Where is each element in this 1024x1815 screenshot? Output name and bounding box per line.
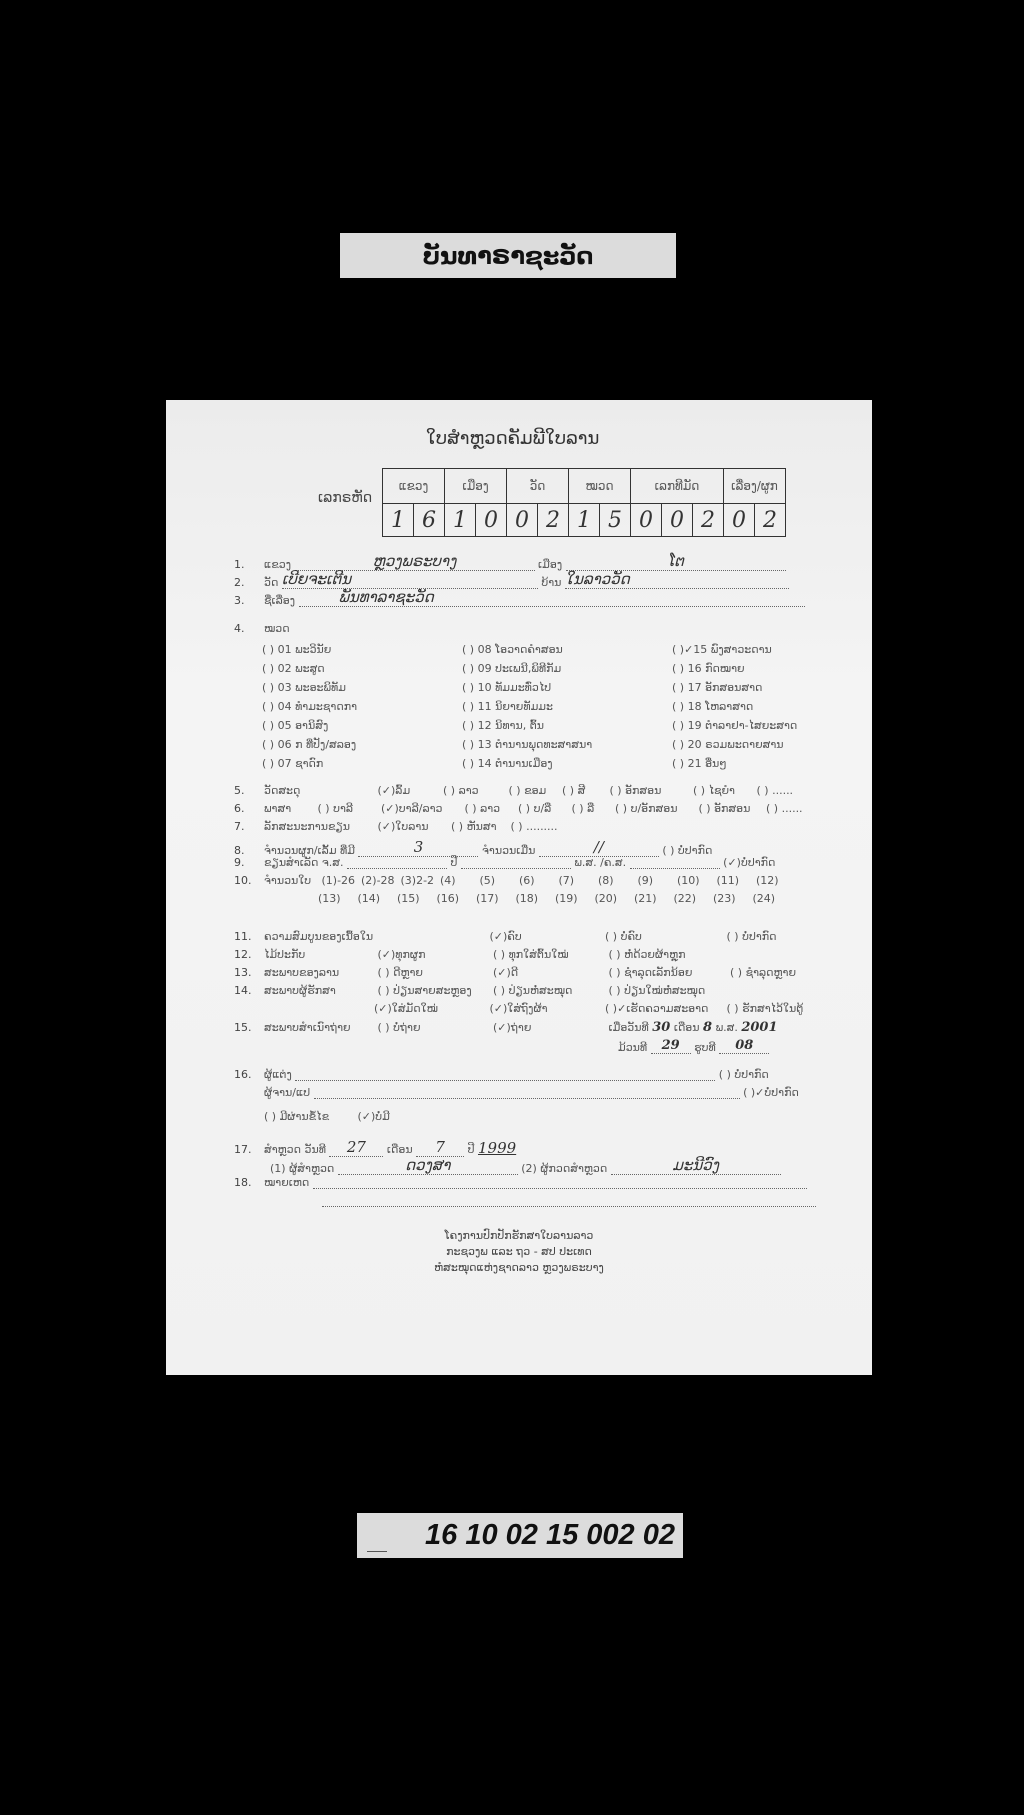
title-value: ພັນທາລາຊະວັດ — [299, 588, 805, 607]
script-option[interactable]: ( ) ສີ — [562, 784, 606, 797]
not-stated-option-checked[interactable]: (✓)ບໍ່ປາກົດ — [723, 856, 775, 869]
survey-year: 1999 — [478, 1139, 516, 1157]
code-col-bundle: ເລກທີມັດ — [631, 469, 724, 504]
field-6-language: 6.ພາສາ ( ) ບາລີ (✓)ບາລີ/ລາວ ( ) ລາວ ( ) … — [234, 802, 803, 815]
category-option[interactable]: ( ) 03 ພະອະພິທັມ — [262, 678, 357, 697]
material-option[interactable]: ( ) ......... — [511, 820, 558, 833]
completeness-option[interactable]: ( ) ບໍ່ຄົບ — [605, 930, 723, 943]
field-17-surveyors: (1) ຜູ້ສຳຫຼວດ ດວງສາ (2) ຜູ້ກວດສຳຫຼວດ ມະນ… — [270, 1156, 781, 1175]
code-digit: 2 — [538, 504, 569, 537]
field-13-condition: 13.ສະພາບຂອງລານ ( ) ດີຫຼາຍ (✓)ດີ ( ) ຊຳລຸ… — [234, 966, 796, 979]
category-option[interactable]: ( ) 06 ກ ທີ່ປັງ/ສລອງ — [262, 735, 357, 754]
condition-option[interactable]: ( ) ດີຫຼາຍ — [378, 966, 490, 979]
code-digit: 0 — [662, 504, 693, 537]
manuscript-code-label: 16 10 02 15 002 02 — [357, 1513, 683, 1558]
field-14-preservation: 14.ສະພາບຜູ້ຮັກສາ ( ) ປ່ຽນສາຍສະຫຼອງ ( ) ປ… — [234, 984, 705, 997]
survey-month: 7 — [435, 1138, 445, 1156]
code-label: ເລກຣຫັດ — [318, 490, 372, 506]
fascicle-count-value: 3 — [414, 838, 424, 856]
preservation-option[interactable]: ( ) ປ່ຽນໃໝ່ຫໍ່ສະໝຸດ — [609, 984, 706, 997]
scribe-not-stated-option[interactable]: ( )✓ບໍ່ປາກົດ — [743, 1086, 799, 1099]
microfilm-option[interactable]: ( ) ບໍ່ຖ່າຍ — [378, 1021, 490, 1034]
code-col-temple: ວັດ — [507, 469, 569, 504]
preservation-option[interactable]: (✓)ໃສ່ຖົງຜ້າ — [490, 1002, 602, 1015]
field-8-count: 8.ຈຳນວນຜູກ/ເລັ້ມ ທີ່ມີ 3 ຈຳນວນເມື່ນ // (… — [234, 838, 712, 857]
language-option[interactable]: ( ) ບ/ອັກສອນ — [615, 802, 695, 815]
language-option[interactable]: ( ) ...... — [766, 802, 803, 815]
survey-day: 27 — [347, 1138, 366, 1156]
frame-number: 08 — [735, 1038, 753, 1053]
leaf-count-value: // — [594, 838, 604, 856]
category-option[interactable]: ( ) 17 ອັກສອນສາດ — [672, 678, 797, 697]
category-option[interactable]: ( ) 20 ຣວມພະດາຍສານ — [672, 735, 797, 754]
category-option[interactable]: ( ) 12 ນິທານ, ຕົ້ນ — [462, 716, 592, 735]
completeness-option[interactable]: ( ) ບໍ່ປາກົດ — [727, 930, 777, 943]
author-not-stated-option[interactable]: ( ) ບໍ່ປາກົດ — [719, 1068, 769, 1081]
header-label: ບັນທາຣາຊະວັດ — [340, 233, 676, 278]
script-option[interactable]: (✓)ລົ້ມ — [378, 784, 440, 797]
preservation-option[interactable]: ( ) ປ່ຽນຫໍ່ສະໝຸດ — [493, 984, 605, 997]
code-digit: 1 — [383, 504, 414, 537]
script-option[interactable]: ( ) ລາວ — [443, 784, 505, 797]
field-3-title: 3.ຊື່ເລື່ອງ ພັນທາລາຊະວັດ — [234, 588, 805, 607]
field-14-preservation-row2: (✓)ໃສ່ມັດໃໝ່ (✓)ໃສ່ຖົງຜ້າ ( )✓ເຮັດຄວາມສະ… — [374, 1002, 803, 1015]
category-option[interactable]: ( ) 08 ໂອວາດຄຳສອນ — [462, 640, 592, 659]
preservation-option[interactable]: ( ) ປ່ຽນສາຍສະຫຼອງ — [378, 984, 490, 997]
code-col-category: ໝວດ — [569, 469, 631, 504]
category-option[interactable]: ( ) 01 ພະວິນັຍ — [262, 640, 357, 659]
field-17-survey-date: 17.ສຳຫຼວດ ວັນທີ 27 ເດືອນ 7 ປີ 1999 — [234, 1138, 516, 1157]
microfilm-month: 8 — [703, 1020, 712, 1035]
material-option[interactable]: (✓)ໃບລານ — [378, 820, 448, 833]
code-digit: 0 — [476, 504, 507, 537]
category-option[interactable]: ( ) 18 ໂຫລາສາດ — [672, 697, 797, 716]
field-16-donor: ( ) ມີຜ່ານຂໍ້ໄຂ (✓)ບໍ່ມີ — [264, 1110, 390, 1123]
field-2-temple: 2.ວັດ ເບີຍຈະເຕີນ ບ້ານ ໃນລາວວັດ — [234, 570, 789, 589]
code-digit: 2 — [693, 504, 724, 537]
category-option[interactable]: ( ) 14 ຕຳນານເມືອງ — [462, 754, 592, 773]
field-15-microfilm: 15.ສະພາບສຳເນົາຖ່າຍ ( ) ບໍ່ຖ່າຍ (✓)ຖ່າຍ ເ… — [234, 1020, 778, 1035]
code-digit: 0 — [724, 504, 755, 537]
microfilm-option[interactable]: (✓)ຖ່າຍ — [493, 1021, 605, 1034]
field-18-remarks-line2 — [322, 1194, 816, 1207]
field-11-completeness: 11.ຄວາມສົມບູນຂອງເນື້ອໃນ (✓)ຄົບ ( ) ບໍ່ຄົ… — [234, 930, 777, 943]
category-option[interactable]: ( ) 10 ທັມມະທົ່ວໄປ — [462, 678, 592, 697]
surveyor-name: ດວງສາ — [405, 1156, 450, 1174]
code-digit: 6 — [414, 504, 445, 537]
field-16-scribe: ຜູ້ຈານ/ແປ ( )✓ບໍ່ປາກົດ — [264, 1086, 799, 1099]
language-option[interactable]: ( ) ລາວ — [465, 802, 515, 815]
roll-number: 29 — [662, 1038, 680, 1053]
field-16-author: 16.ຜູ້ແຕ່ງ ( ) ບໍ່ປາກົດ — [234, 1068, 769, 1081]
form-title: ໃບສຳຫຼວດຄັມພີໃບລານ — [426, 428, 599, 449]
field-7-material: 7.ລັກສະນະການຂຽນ (✓)ໃບລານ ( ) ຫັນສາ ( ) .… — [234, 820, 558, 833]
category-option[interactable]: ( ) 21 ອື່ນໆ — [672, 754, 797, 773]
preservation-option[interactable]: ( ) ຮັກສາໄວ້ໃນຕູ້ — [727, 1002, 804, 1015]
preservation-option[interactable]: (✓)ໃສ່ມັດໃໝ່ — [374, 1002, 486, 1015]
donor-option[interactable]: ( ) ມີຜ່ານຂໍ້ໄຂ — [264, 1110, 354, 1123]
script-option[interactable]: ( ) ຂອມ — [509, 784, 559, 797]
category-option[interactable]: ( ) 19 ຕຳລາຢາ-ໄສຍະສາດ — [672, 716, 797, 735]
category-column-1: ( ) 01 ພະວິນັຍ ( ) 02 ພະສູດ ( ) 03 ພະອະພ… — [262, 640, 357, 773]
code-digit: 0 — [507, 504, 538, 537]
code-digit: 1 — [569, 504, 600, 537]
district-value: ໂຕ — [566, 552, 786, 571]
material-option[interactable]: ( ) ຫັນສາ — [451, 820, 507, 833]
field-1-province: 1.ແຂວງ ຫຼວງພຣະບາງ ເມືອງ ໂຕ — [234, 552, 786, 571]
script-option[interactable]: ( ) ໄຊຍຳ — [693, 784, 753, 797]
category-option[interactable]: ( ) 07 ຊາດົກ — [262, 754, 357, 773]
condition-option[interactable]: (✓)ດີ — [493, 966, 605, 979]
category-option[interactable]: ( ) 09 ປະເພນີ,ພິທີກັມ — [462, 659, 592, 678]
donor-option[interactable]: (✓)ບໍ່ມີ — [358, 1110, 390, 1123]
script-option[interactable]: ( ) ...... — [757, 784, 794, 797]
category-column-3: ( )✓15 ພົງສາວະດານ ( ) 16 ກົດໝາຍ ( ) 17 ອ… — [672, 640, 797, 773]
survey-form-paper: ໃບສຳຫຼວດຄັມພີໃບລານ ເລກຣຫັດ ແຂວງ ເມືອງ ວັ… — [166, 400, 872, 1375]
field-12-covers: 12.ໄມ້ປະກັບ (✓)ທຸກຜູກ ( ) ທຸກໃສ່ຕົ້ນໃໝ່ … — [234, 948, 685, 961]
category-column-2: ( ) 08 ໂອວາດຄຳສອນ ( ) 09 ປະເພນີ,ພິທີກັມ … — [462, 640, 592, 773]
project-footer: ໂຄງການປົກປັກຮັກສາໃບລານລາວ ກະຊວງພ ແລະ ຖວ … — [166, 1228, 872, 1276]
microfilm-year: 2001 — [741, 1020, 777, 1035]
code-digit: 5 — [600, 504, 631, 537]
category-option[interactable]: ( ) 11 ນິຍາຍທັມມະ — [462, 697, 592, 716]
covers-option[interactable]: (✓)ທຸກຜູກ — [378, 948, 490, 961]
language-option[interactable]: ( ) ອັກສອນ — [699, 802, 763, 815]
condition-option[interactable]: ( ) ຊຳລຸດເລັກນ້ອຍ — [609, 966, 727, 979]
category-option[interactable]: ( ) 04 ທຳມະຊາດກາ — [262, 697, 357, 716]
language-option[interactable]: ( ) ລື — [572, 802, 612, 815]
underline-mark — [367, 1551, 387, 1552]
script-option[interactable]: ( ) ອັກສອນ — [610, 784, 690, 797]
microfilm-day: 30 — [652, 1020, 670, 1035]
condition-option[interactable]: ( ) ຊຳລຸດຫຼາຍ — [730, 966, 796, 979]
completeness-option[interactable]: (✓)ຄົບ — [490, 930, 602, 943]
category-option[interactable]: ( ) 16 ກົດໝາຍ — [672, 659, 797, 678]
preservation-option[interactable]: ( )✓ເຮັດຄວາມສະອາດ — [605, 1002, 723, 1015]
field-10-leaves: 10.ຈຳນວນໃບ (1)-26 (2)-28 (3)2-2 (4) (5) … — [234, 874, 792, 887]
category-option[interactable]: ( ) 02 ພະສູດ — [262, 659, 357, 678]
language-option[interactable]: ( ) ບາລີ — [318, 802, 378, 815]
field-18-remarks: 18.ໝາຍເຫດ — [234, 1176, 807, 1189]
code-col-district: ເມືອງ — [445, 469, 507, 504]
code-digit: 0 — [631, 504, 662, 537]
field-9-date-written: 9.ຂຽນສຳເລັດ ຈ.ສ. ປີ ພ.ສ. /ຄ.ສ. (✓)ບໍ່ປາກ… — [234, 856, 775, 869]
category-option[interactable]: ( ) 05 ອານິສົງ — [262, 716, 357, 735]
code-digit: 2 — [755, 504, 786, 537]
temple-value: ເບີຍຈະເຕີນ — [282, 570, 538, 589]
language-option[interactable]: ( ) ບ/ລື — [518, 802, 568, 815]
field-10-leaves-row2: (13) (14) (15) (16) (17) (18) (19) (20) … — [318, 892, 789, 905]
category-option-checked[interactable]: ( )✓15 ພົງສາວະດານ — [672, 640, 797, 659]
code-col-province: ແຂວງ — [383, 469, 445, 504]
village-value: ໃນລາວວັດ — [565, 570, 789, 589]
field-4-category: 4.ໝວດ — [234, 622, 290, 635]
field-5-script: 5.ວັດສະດຸ (✓)ລົ້ມ ( ) ລາວ ( ) ຂອມ ( ) ສີ… — [234, 784, 793, 797]
language-option[interactable]: (✓)ບາລີ/ລາວ — [381, 802, 461, 815]
code-digit: 1 — [445, 504, 476, 537]
code-table: ແຂວງ ເມືອງ ວັດ ໝວດ ເລກທີມັດ ເລື່ອງ/ຜູກ 1… — [382, 468, 786, 537]
covers-option[interactable]: ( ) ທຸກໃສ່ຕົ້ນໃໝ່ — [493, 948, 605, 961]
field-15-roll: ມ້ວນທີ 29 ຮູບທີ 08 — [618, 1038, 769, 1054]
province-value: ຫຼວງພຣະບາງ — [295, 552, 535, 571]
checker-name: ມະນີວົງ — [672, 1156, 719, 1174]
code-col-fascicle: ເລື່ອງ/ຜູກ — [724, 469, 786, 504]
covers-option[interactable]: ( ) ຫໍ່ດ້ວຍຜ້າຫຼຸກ — [609, 948, 686, 961]
category-option[interactable]: ( ) 13 ຕຳນານພຸດທະສາສນາ — [462, 735, 592, 754]
